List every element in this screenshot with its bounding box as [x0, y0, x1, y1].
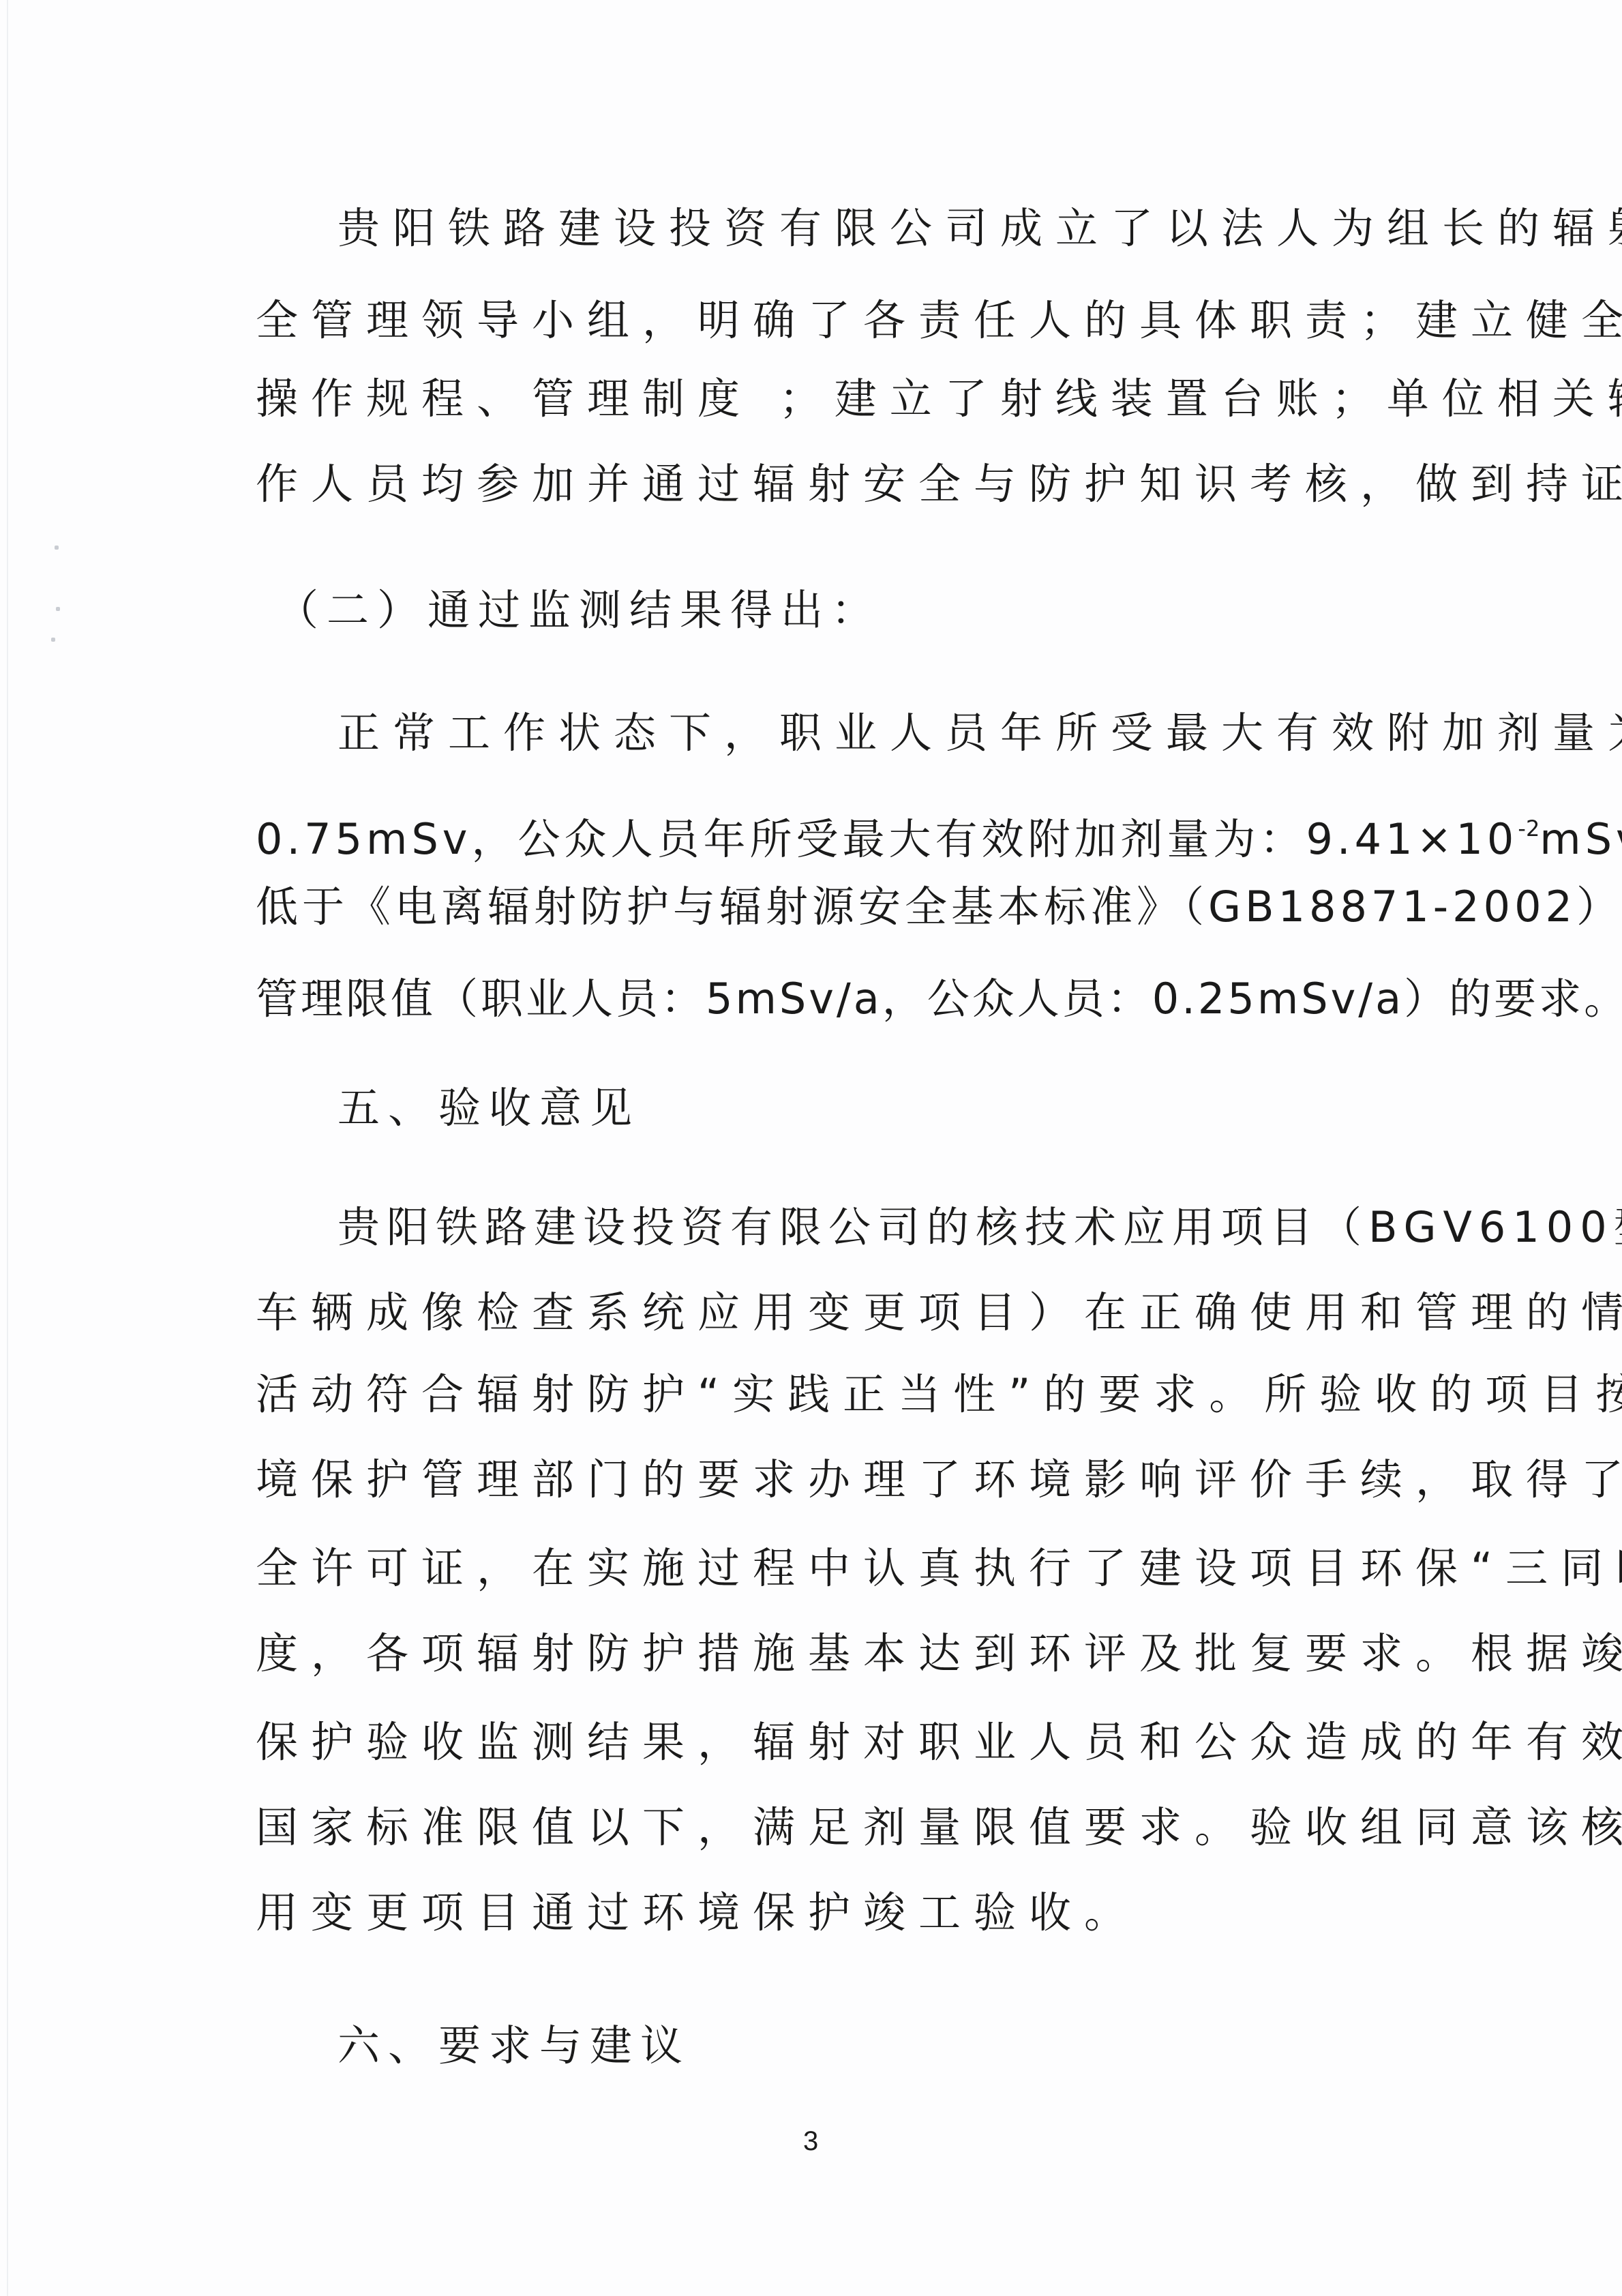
dose-text: 0.75mSv，公众人员年所受最大有效附加剂量为：9.41×10 [256, 814, 1518, 864]
paragraph-line: 低于《电离辐射防护与辐射源安全基本标准》（GB18871-2002） [256, 880, 1387, 934]
dose-unit: mSv， [1540, 814, 1622, 864]
paragraph-line: 全许可证，在实施过程中认真执行了建设项目环保“三同时”制 [256, 1541, 1387, 1596]
exponent: -2 [1518, 816, 1540, 841]
section-heading: 六、要求与建议 [337, 2018, 691, 2073]
subsection-heading: （二）通过监测结果得出： [276, 583, 882, 638]
scan-speck [55, 546, 59, 550]
paragraph-line: 0.75mSv，公众人员年所受最大有效附加剂量为：9.41×10-2mSv， [256, 801, 1387, 856]
paragraph-line: 全管理领导小组，明确了各责任人的具体职责；建立健全了安全 [256, 293, 1387, 348]
paragraph-line: 操作规程、管理制度 ；建立了射线装置台账；单位相关辐射工 [256, 372, 1387, 426]
section-heading: 五、验收意见 [337, 1081, 640, 1135]
paragraph-line: 活动符合辐射防护“实践正当性”的要求。所验收的项目按照环 [256, 1367, 1387, 1422]
paragraph-line: 正常工作状态下，职业人员年所受最大有效附加剂量为 [337, 706, 1387, 760]
paragraph-line: 境保护管理部门的要求办理了环境影响评价手续，取得了辐射安 [256, 1452, 1387, 1507]
paragraph-line: 国家标准限值以下，满足剂量限值要求。验收组同意该核技术应 [256, 1800, 1387, 1855]
scan-edge [7, 0, 8, 2296]
scan-speck [56, 607, 60, 611]
paragraph-line: 作人员均参加并通过辐射安全与防护知识考核，做到持证上岗。 [256, 457, 1387, 511]
paragraph-line: 车辆成像检查系统应用变更项目）在正确使用和管理的情况下， [256, 1285, 1387, 1340]
paragraph-line: 用变更项目通过环境保护竣工验收。 [256, 1885, 1387, 1940]
scan-speck [51, 638, 55, 642]
paragraph-line: 贵阳铁路建设投资有限公司的核技术应用项目（BGV6100型 [337, 1200, 1387, 1255]
paragraph-line: 保护验收监测结果，辐射对职业人员和公众造成的年有效剂量在 [256, 1715, 1387, 1770]
page-number: 3 [803, 2126, 818, 2157]
document-page: 贵阳铁路建设投资有限公司成立了以法人为组长的辐射安 全管理领导小组，明确了各责任… [0, 0, 1622, 2296]
paragraph-line: 贵阳铁路建设投资有限公司成立了以法人为组长的辐射安 [337, 201, 1387, 256]
paragraph-line: 度，各项辐射防护措施基本达到环评及批复要求。根据竣工环境 [256, 1626, 1387, 1681]
paragraph-line: 管理限值（职业人员：5mSv/a，公众人员：0.25mSv/a）的要求。 [256, 972, 1387, 1026]
